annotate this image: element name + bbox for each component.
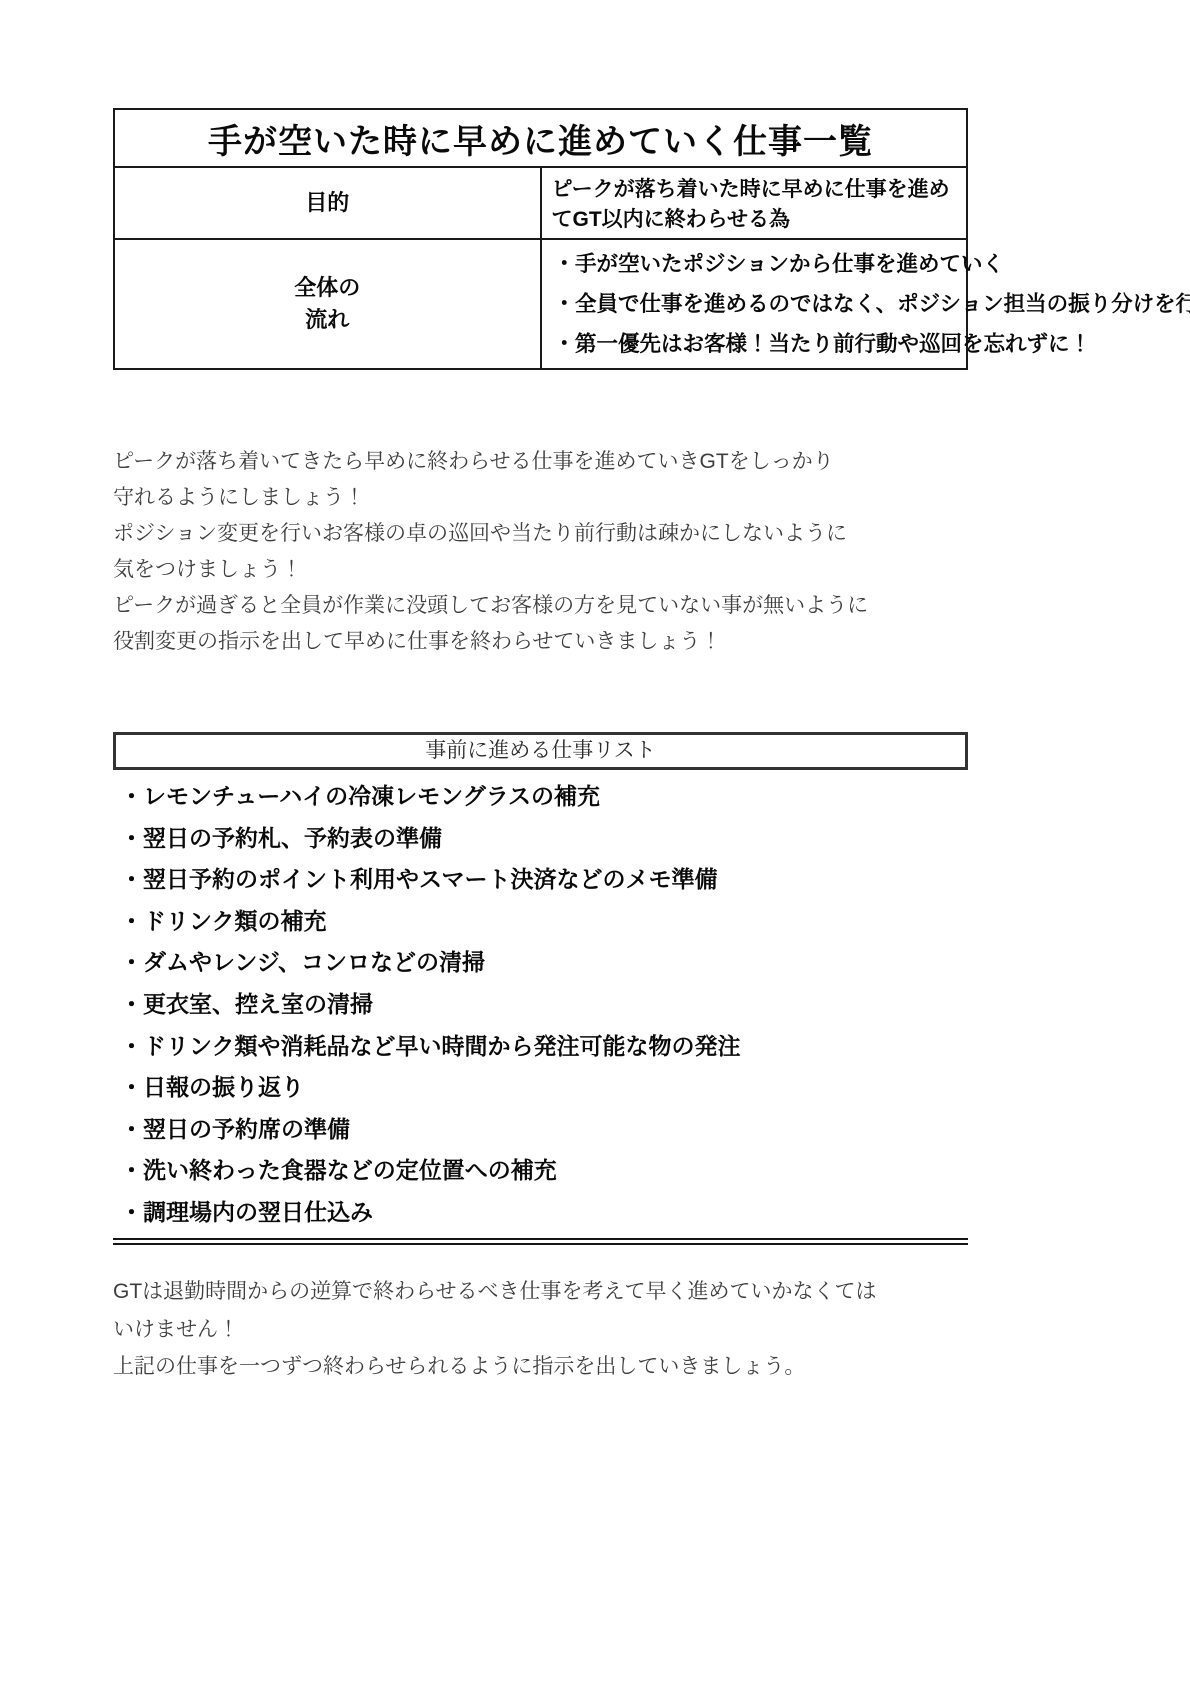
title-row: 手が空いた時に早めに進めていく仕事一覧 <box>114 109 967 167</box>
purpose-text: ピークが落ち着いた時に早めに仕事を進めてGT以内に終わらせる為 <box>541 167 968 239</box>
document-title: 手が空いた時に早めに進めていく仕事一覧 <box>114 109 967 167</box>
task-list: ・レモンチューハイの冷凍レモングラスの補充・翌日の予約札、予約表の準備・翌日予約… <box>113 776 990 1234</box>
task-item: ・洗い終わった食器などの定位置への補充 <box>120 1150 990 1192</box>
purpose-row-label: 目的 <box>114 167 541 239</box>
flow-bullet-line: ・全員で仕事を進めるのではなく、ポジション担当の振り分けを行う <box>554 284 959 324</box>
task-item: ・日報の振り返り <box>120 1067 990 1109</box>
paragraph-line: ポジション変更を行いお客様の卓の巡回や当たり前行動は疎かにしないように <box>113 516 1013 552</box>
paragraph-line: いけません！ <box>113 1311 1013 1349</box>
task-item: ・更衣室、控え室の清掃 <box>120 984 990 1026</box>
paragraph-line: 役割変更の指示を出して早めに仕事を終わらせていきましょう！ <box>113 624 1013 660</box>
paragraph-line: ピークが過ぎると全員が作業に没頭してお客様の方を見ていない事が無いように <box>113 588 1013 624</box>
paragraph-line: GTは退勤時間からの逆算で終わらせるべき仕事を考えて早く進めていかなくては <box>113 1273 1013 1311</box>
flow-bullet-line: ・手が空いたポジションから仕事を進めていく <box>554 244 959 284</box>
double-rule-divider <box>113 1238 968 1245</box>
task-item: ・ダムやレンジ、コンロなどの清掃 <box>120 942 990 984</box>
document-page: 手が空いた時に早めに進めていく仕事一覧 目的 ピークが落ち着いた時に早めに仕事を… <box>0 0 1190 1683</box>
closing-paragraph: GTは退勤時間からの逆算で終わらせるべき仕事を考えて早く進めていかなくてはいけま… <box>113 1273 1013 1386</box>
intro-paragraph: ピークが落ち着いてきたら早めに終わらせる仕事を進めていきGTをしっかり守れるよう… <box>113 444 1013 660</box>
task-list-title: 事前に進める仕事リスト <box>425 739 656 762</box>
flow-bullet-list: ・手が空いたポジションから仕事を進めていく・全員で仕事を進めるのではなく、ポジシ… <box>541 239 968 369</box>
task-item: ・翌日予約のポイント利用やスマート決済などのメモ準備 <box>120 859 990 901</box>
task-item: ・翌日の予約札、予約表の準備 <box>120 818 990 860</box>
paragraph-line: 上記の仕事を一つずつ終わらせられるように指示を出していきましょう。 <box>113 1348 1013 1386</box>
flow-bullet-line: ・第一優先はお客様！当たり前行動や巡回を忘れずに！ <box>554 324 959 364</box>
task-list-header-box: 事前に進める仕事リスト <box>113 732 968 770</box>
paragraph-line: 守れるようにしましょう！ <box>113 480 1013 516</box>
task-item: ・調理場内の翌日仕込み <box>120 1192 990 1234</box>
work-overview-table: 手が空いた時に早めに進めていく仕事一覧 目的 ピークが落ち着いた時に早めに仕事を… <box>113 108 968 370</box>
flow-row: 全体の 流れ ・手が空いたポジションから仕事を進めていく・全員で仕事を進めるので… <box>114 239 967 369</box>
task-item: ・レモンチューハイの冷凍レモングラスの補充 <box>120 776 990 818</box>
task-item: ・ドリンク類の補充 <box>120 901 990 943</box>
flow-row-label: 全体の 流れ <box>114 239 541 369</box>
task-item: ・ドリンク類や消耗品など早い時間から発注可能な物の発注 <box>120 1026 990 1068</box>
task-item: ・翌日の予約席の準備 <box>120 1109 990 1151</box>
paragraph-line: ピークが落ち着いてきたら早めに終わらせる仕事を進めていきGTをしっかり <box>113 444 1013 480</box>
purpose-row: 目的 ピークが落ち着いた時に早めに仕事を進めてGT以内に終わらせる為 <box>114 167 967 239</box>
paragraph-line: 気をつけましょう！ <box>113 552 1013 588</box>
